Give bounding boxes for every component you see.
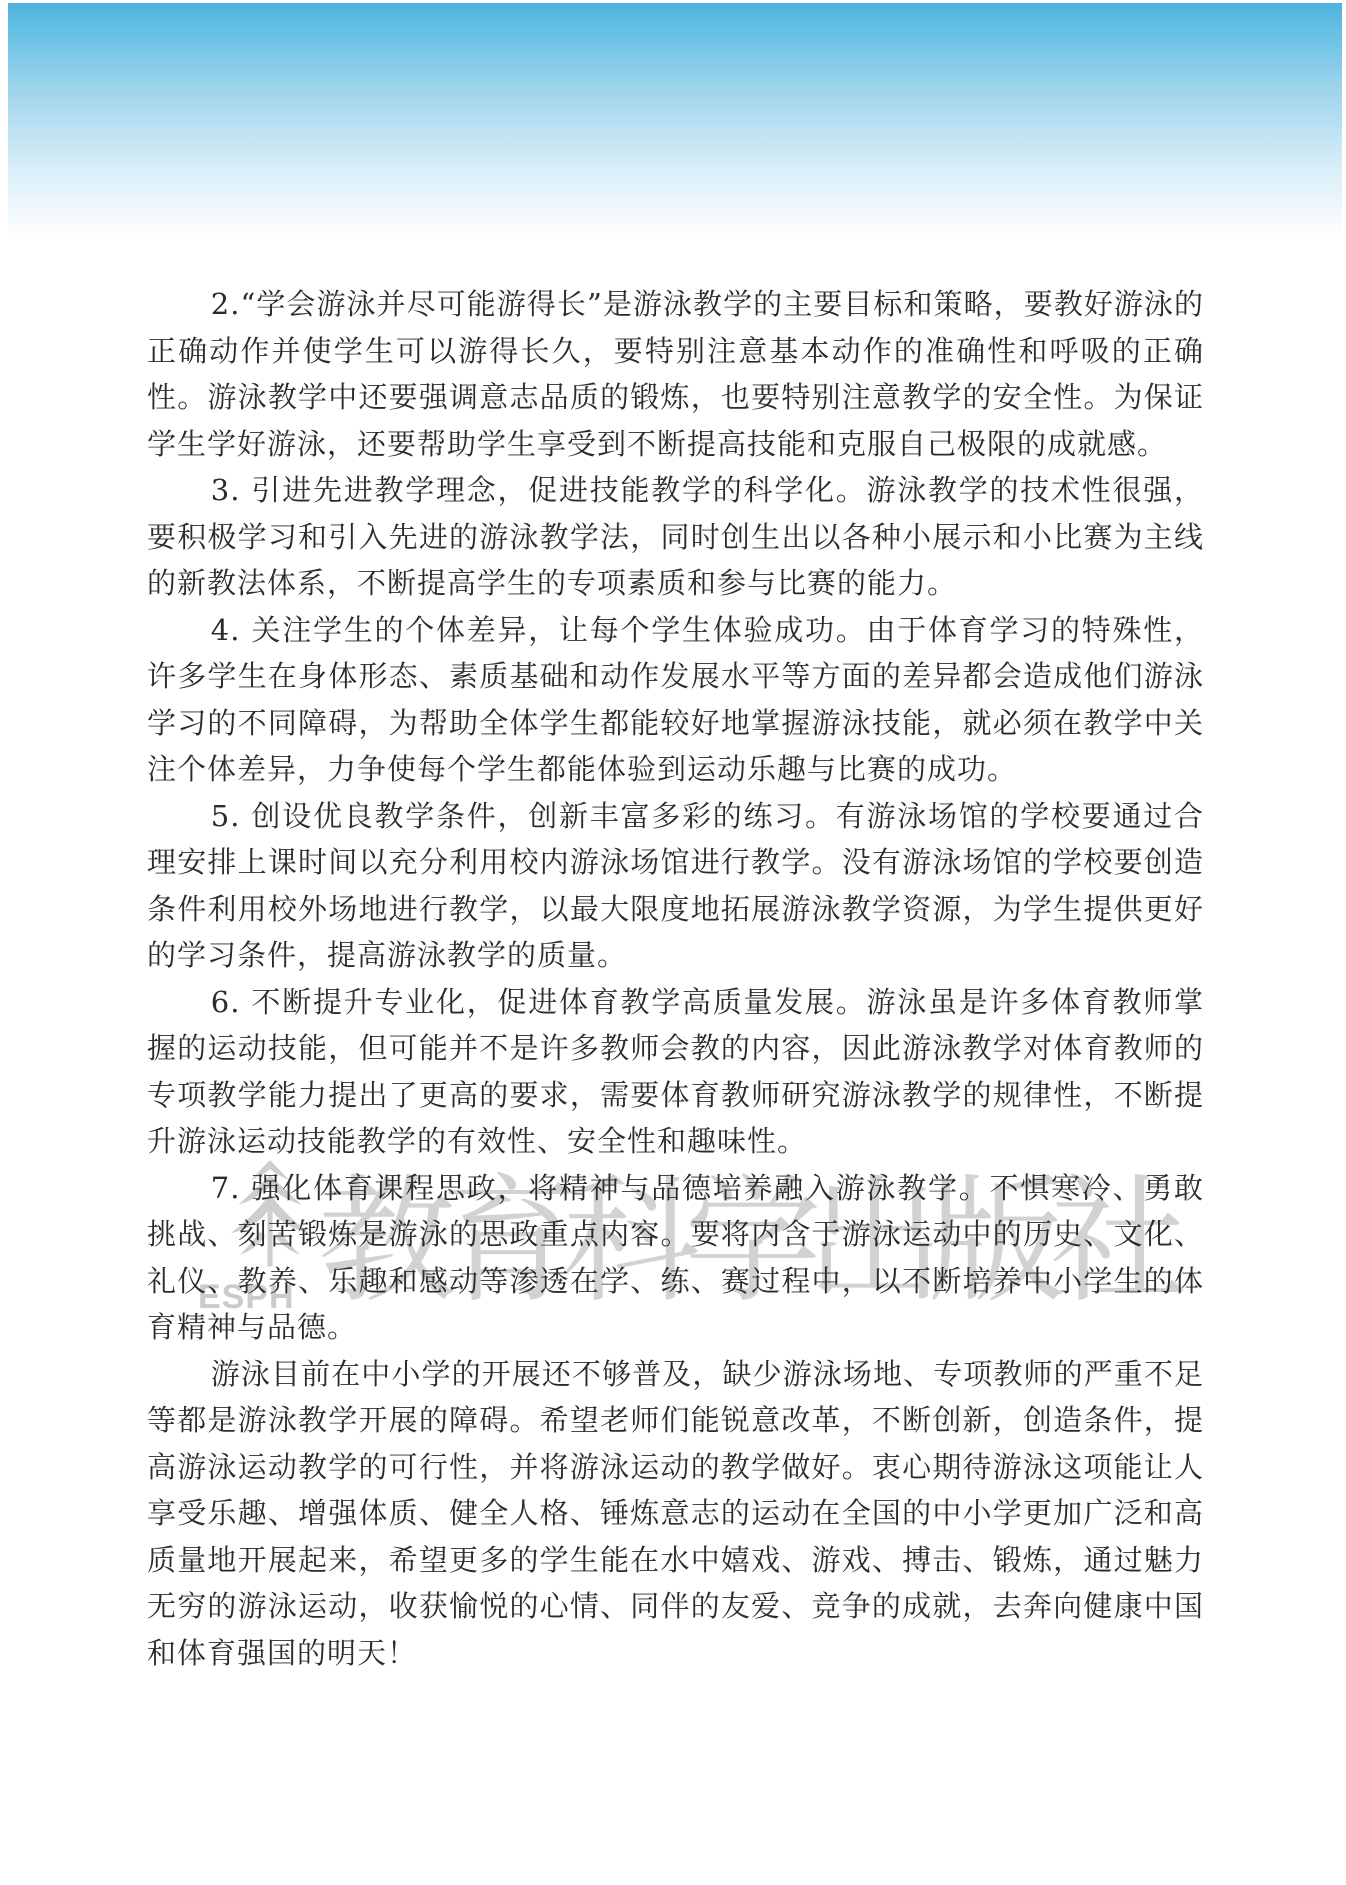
paragraph-3: 3. 引进先进教学理念，促进技能教学的科学化。游泳教学的技术性很强，要积极学习和… — [147, 467, 1204, 607]
paragraph-closing: 游泳目前在中小学的开展还不够普及，缺少游泳场地、专项教师的严重不足等都是游泳教学… — [147, 1351, 1204, 1677]
paragraph-6: 6. 不断提升专业化，促进体育教学高质量发展。游泳虽是许多体育教师掌握的运动技能… — [147, 979, 1204, 1165]
paragraph-7: 7. 强化体育课程思政，将精神与品德培养融入游泳教学。不惧寒冷、勇敢挑战、刻苦锻… — [147, 1165, 1204, 1351]
paragraph-2: 2.“学会游泳并尽可能游得长”是游泳教学的主要目标和策略，要教好游泳的正确动作并… — [147, 281, 1204, 467]
paragraph-5: 5. 创设优良教学条件，创新丰富多彩的练习。有游泳场馆的学校要通过合理安排上课时… — [147, 793, 1204, 979]
page-top-gradient — [8, 3, 1342, 248]
paragraph-4: 4. 关注学生的个体差异，让每个学生体验成功。由于体育学习的特殊性，许多学生在身… — [147, 607, 1204, 793]
page-body-text: 2.“学会游泳并尽可能游得长”是游泳教学的主要目标和策略，要教好游泳的正确动作并… — [147, 281, 1204, 1676]
